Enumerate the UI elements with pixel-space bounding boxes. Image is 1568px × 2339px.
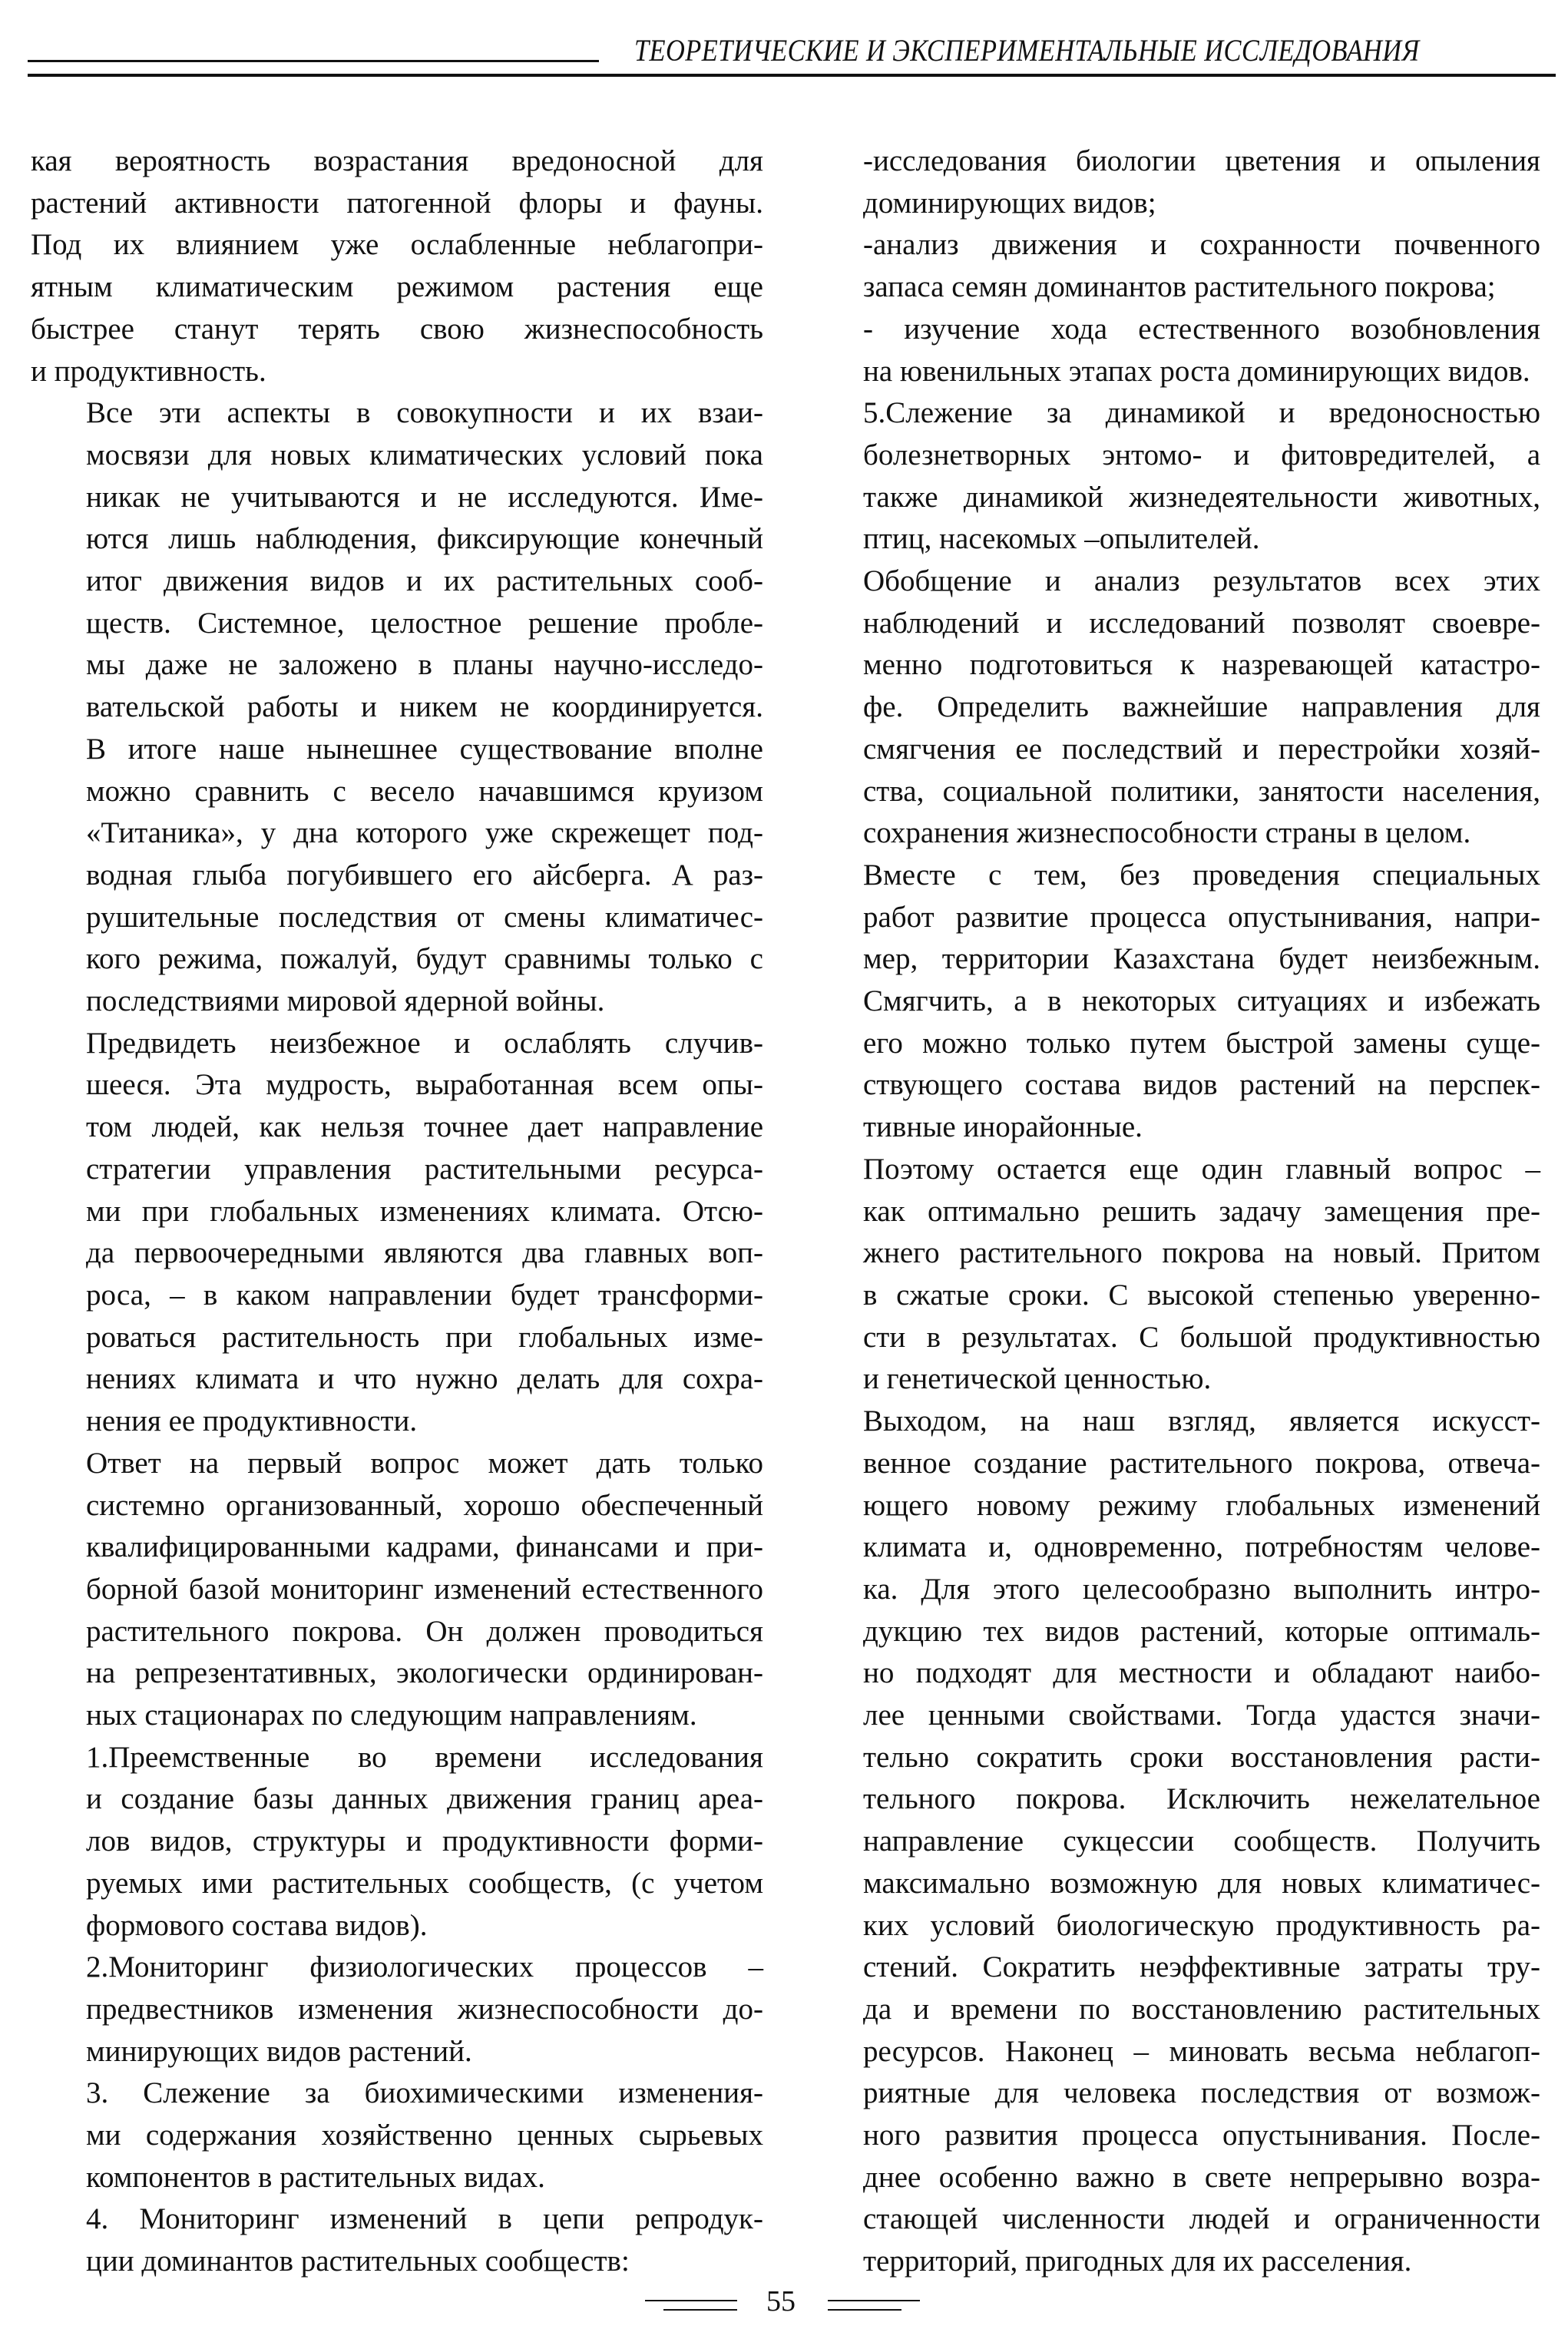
text-line: жнего растительного покрова на новый. Пр… [808, 1232, 1540, 1275]
text-line: борной базой мониторинг изменений естест… [31, 1569, 763, 1611]
text-line: компонентов в растительных видах. [31, 2157, 763, 2199]
footer-rule-left-top [645, 2300, 737, 2301]
text-line: и создание базы данных движения границ а… [31, 1778, 763, 1821]
text-line: В итоге наше нынешнее существование впол… [31, 729, 763, 771]
page-footer: 55 [645, 2284, 921, 2323]
text-line: ного развития процесса опустынивания. По… [808, 2115, 1540, 2157]
text-line: также динамикой жизнедеятельности животн… [808, 477, 1540, 519]
text-line: сти в результатах. С большой продуктивно… [808, 1317, 1540, 1359]
text-line: ких условий биологическую продуктивность… [808, 1905, 1540, 1947]
text-line: Предвидеть неизбежное и ослаблять случив… [31, 1023, 763, 1065]
text-line: водная глыба погубившего его айсберга. А… [31, 855, 763, 897]
paragraph: Все эти аспекты в совокупности и их взаи… [31, 392, 763, 1023]
text-line: растений активности патогенной флоры и ф… [31, 183, 763, 225]
text-line: последствиями мировой ядерной войны. [31, 981, 763, 1023]
footer-rule-right-top [828, 2300, 920, 2301]
text-line: ществ. Системное, целостное решение проб… [31, 603, 763, 645]
text-line: стающей численности людей и ограниченнос… [808, 2198, 1540, 2241]
text-line: сохранения жизнеспособности страны в цел… [808, 812, 1540, 855]
text-line: вательской работы и никем не координируе… [31, 686, 763, 729]
paragraph: 1.Преемственные во времени исследованияи… [31, 1737, 763, 1947]
text-line: - изучение хода естественного возобновле… [808, 309, 1540, 351]
footer-rule-right-bottom [828, 2309, 901, 2311]
header-rule-long [28, 74, 1556, 77]
text-line: ющего новому режиму глобальных изменений [808, 1485, 1540, 1527]
paragraph: Поэтому остается еще один главный вопрос… [808, 1149, 1540, 1401]
text-line: болезнетворных энтомо- и фитовредителей,… [808, 435, 1540, 477]
paragraph: 2.Мониторинг физиологических процессов –… [31, 1947, 763, 2073]
text-line: Поэтому остается еще один главный вопрос… [808, 1149, 1540, 1191]
text-line: системно организованный, хорошо обеспече… [31, 1485, 763, 1527]
text-line: шееся. Эта мудрость, выработанная всем о… [31, 1064, 763, 1107]
paragraph: -анализ движения и сохранности почвенног… [808, 224, 1540, 308]
text-line: мосвязи для новых климатических условий … [31, 435, 763, 477]
text-line: -анализ движения и сохранности почвенног… [808, 224, 1540, 266]
text-line: стений. Сократить неэффективные затраты … [808, 1947, 1540, 1989]
paragraph: Предвидеть неизбежное и ослаблять случив… [31, 1023, 763, 1443]
text-line: доминирующих видов; [808, 183, 1540, 225]
text-line: предвестников изменения жизнеспособности… [31, 1989, 763, 2031]
text-line: дукцию тех видов растений, которые оптим… [808, 1611, 1540, 1653]
text-line: ми при глобальных изменениях климата. От… [31, 1191, 763, 1233]
text-line: но подходят для местности и обладают наи… [808, 1653, 1540, 1695]
text-line: итог движения видов и их растительных со… [31, 561, 763, 603]
text-line: менно подготовиться к назревающей катаст… [808, 644, 1540, 686]
text-line: роваться растительность при глобальных и… [31, 1317, 763, 1359]
paragraph: 5.Слежение за динамикой и вредоносностью… [808, 392, 1540, 561]
left-column: кая вероятность возрастания вредоносной … [31, 141, 763, 2283]
text-line: Под их влиянием уже ослабленные неблагоп… [31, 224, 763, 266]
text-line: 1.Преемственные во времени исследования [31, 1737, 763, 1779]
text-line: ции доминантов растительных сообществ: [31, 2241, 763, 2283]
text-line: на ювенильных этапах роста доминирующих … [808, 351, 1540, 393]
text-line: Все эти аспекты в совокупности и их взаи… [31, 392, 763, 435]
text-line: кая вероятность возрастания вредоносной … [31, 141, 763, 183]
text-line: 4. Мониторинг изменений в цепи репродук- [31, 2198, 763, 2241]
text-line: Вместе с тем, без проведения специальных [808, 855, 1540, 897]
section-title: ТЕОРЕТИЧЕСКИЕ И ЭКСПЕРИМЕНТАЛЬНЫЕ ИССЛЕД… [634, 28, 1420, 74]
text-line: днее особенно важно в свете непрерывно в… [808, 2157, 1540, 2199]
text-line: смягчения ее последствий и перестройки х… [808, 729, 1540, 771]
paragraph: -исследования биологии цветения и опылен… [808, 141, 1540, 224]
text-line: квалифицированными кадрами, финансами и … [31, 1527, 763, 1569]
text-line: работ развитие процесса опустынивания, н… [808, 897, 1540, 939]
text-line: ства, социальной политики, занятости нас… [808, 771, 1540, 813]
text-line: тивные инорайонные. [808, 1107, 1540, 1149]
text-line: нениях климата и что нужно делать для со… [31, 1358, 763, 1401]
text-line: направление сукцессии сообществ. Получит… [808, 1821, 1540, 1863]
text-line: наблюдений и исследований позволят своев… [808, 603, 1540, 645]
text-line: растительного покрова. Он должен проводи… [31, 1611, 763, 1653]
text-line: тельно сократить сроки восстановления ра… [808, 1737, 1540, 1779]
text-line: ются лишь наблюдения, фиксирующие конечн… [31, 518, 763, 561]
text-line: быстрее станут терять свою жизнеспособно… [31, 309, 763, 351]
header-rule-short [28, 60, 599, 62]
text-line: 2.Мониторинг физиологических процессов – [31, 1947, 763, 1989]
text-line: рушительные последствия от смены климати… [31, 897, 763, 939]
text-line: климата и, одновременно, потребностям че… [808, 1527, 1540, 1569]
text-line: его можно только путем быстрой замены су… [808, 1023, 1540, 1065]
paragraph: Обобщение и анализ результатов всех этих… [808, 561, 1540, 855]
text-line: мы даже не заложено в планы научно-иссле… [31, 644, 763, 686]
text-line: ствующего состава видов растений на перс… [808, 1064, 1540, 1107]
text-line: запаса семян доминантов растительного по… [808, 266, 1540, 309]
paragraph: 4. Мониторинг изменений в цепи репродук-… [31, 2198, 763, 2282]
text-line: минирующих видов растений. [31, 2031, 763, 2073]
text-line: тельного покрова. Исключить нежелательно… [808, 1778, 1540, 1821]
text-line: кого режима, пожалуй, будут сравнимы тол… [31, 938, 763, 981]
text-line: ми содержания хозяйственно ценных сырьев… [31, 2115, 763, 2157]
text-line: никак не учитываются и не исследуются. И… [31, 477, 763, 519]
text-line: роса, – в каком направлении будет трансф… [31, 1275, 763, 1317]
text-line: риятные для человека последствия от возм… [808, 2073, 1540, 2115]
paragraph: 3. Слежение за биохимическими изменения-… [31, 2073, 763, 2198]
text-line: и генетической ценностью. [808, 1358, 1540, 1401]
text-line: -исследования биологии цветения и опылен… [808, 141, 1540, 183]
text-line: максимально возможную для новых климатич… [808, 1863, 1540, 1905]
text-line: стратегии управления растительными ресур… [31, 1149, 763, 1191]
text-line: венное создание растительного покрова, о… [808, 1443, 1540, 1485]
text-line: Смягчить, а в некоторых ситуациях и избе… [808, 981, 1540, 1023]
text-line: и продуктивность. [31, 351, 763, 393]
text-line: Обобщение и анализ результатов всех этих [808, 561, 1540, 603]
text-line: как оптимально решить задачу замещения п… [808, 1191, 1540, 1233]
footer-rule-left-bottom [663, 2309, 737, 2311]
text-line: на репрезентативных, экологически ордини… [31, 1653, 763, 1695]
text-line: ресурсов. Наконец – миновать весьма небл… [808, 2031, 1540, 2073]
text-line: лов видов, структуры и продуктивности фо… [31, 1821, 763, 1863]
text-line: да и времени по восстановлению раститель… [808, 1989, 1540, 2031]
text-line: фе. Определить важнейшие направления для [808, 686, 1540, 729]
text-line: 5.Слежение за динамикой и вредоносностью [808, 392, 1540, 435]
text-line: ка. Для этого целесообразно выполнить ин… [808, 1569, 1540, 1611]
paragraph: - изучение хода естественного возобновле… [808, 309, 1540, 392]
paragraph: Выходом, на наш взгляд, является искусст… [808, 1401, 1540, 2283]
text-line: Выходом, на наш взгляд, является искусст… [808, 1401, 1540, 1443]
text-line: да первоочередными являются два главных … [31, 1232, 763, 1275]
page-number: 55 [766, 2284, 796, 2318]
text-line: птиц, насекомых –опылителей. [808, 518, 1540, 561]
text-line: 3. Слежение за биохимическими изменения- [31, 2073, 763, 2115]
text-line: Ответ на первый вопрос может дать только [31, 1443, 763, 1485]
journal-page: ТЕОРЕТИЧЕСКИЕ И ЭКСПЕРИМЕНТАЛЬНЫЕ ИССЛЕД… [0, 0, 1568, 2339]
right-column: -исследования биологии цветения и опылен… [808, 141, 1540, 2283]
running-header: ТЕОРЕТИЧЕСКИЕ И ЭКСПЕРИМЕНТАЛЬНЫЕ ИССЛЕД… [28, 28, 1556, 81]
text-line: лее ценными свойствами. Тогда удастся зн… [808, 1695, 1540, 1737]
text-line: руемых ими растительных сообществ, (с уч… [31, 1863, 763, 1905]
paragraph: Вместе с тем, без проведения специальных… [808, 855, 1540, 1149]
text-line: в сжатые сроки. С высокой степенью увере… [808, 1275, 1540, 1317]
text-line: нения ее продуктивности. [31, 1401, 763, 1443]
paragraph: Ответ на первый вопрос может дать только… [31, 1443, 763, 1737]
paragraph: кая вероятность возрастания вредоносной … [31, 141, 763, 392]
text-line: «Титаника», у дна которого уже скрежещет… [31, 812, 763, 855]
text-line: ятным климатическим режимом растения еще [31, 266, 763, 309]
text-line: том людей, как нельзя точнее дает направ… [31, 1107, 763, 1149]
text-line: можно сравнить с весело начавшимся круиз… [31, 771, 763, 813]
text-line: ных стационарах по следующим направления… [31, 1695, 763, 1737]
text-line: территорий, пригодных для их расселения. [808, 2241, 1540, 2283]
text-line: формового состава видов). [31, 1905, 763, 1947]
text-line: мер, территории Казахстана будет неизбеж… [808, 938, 1540, 981]
